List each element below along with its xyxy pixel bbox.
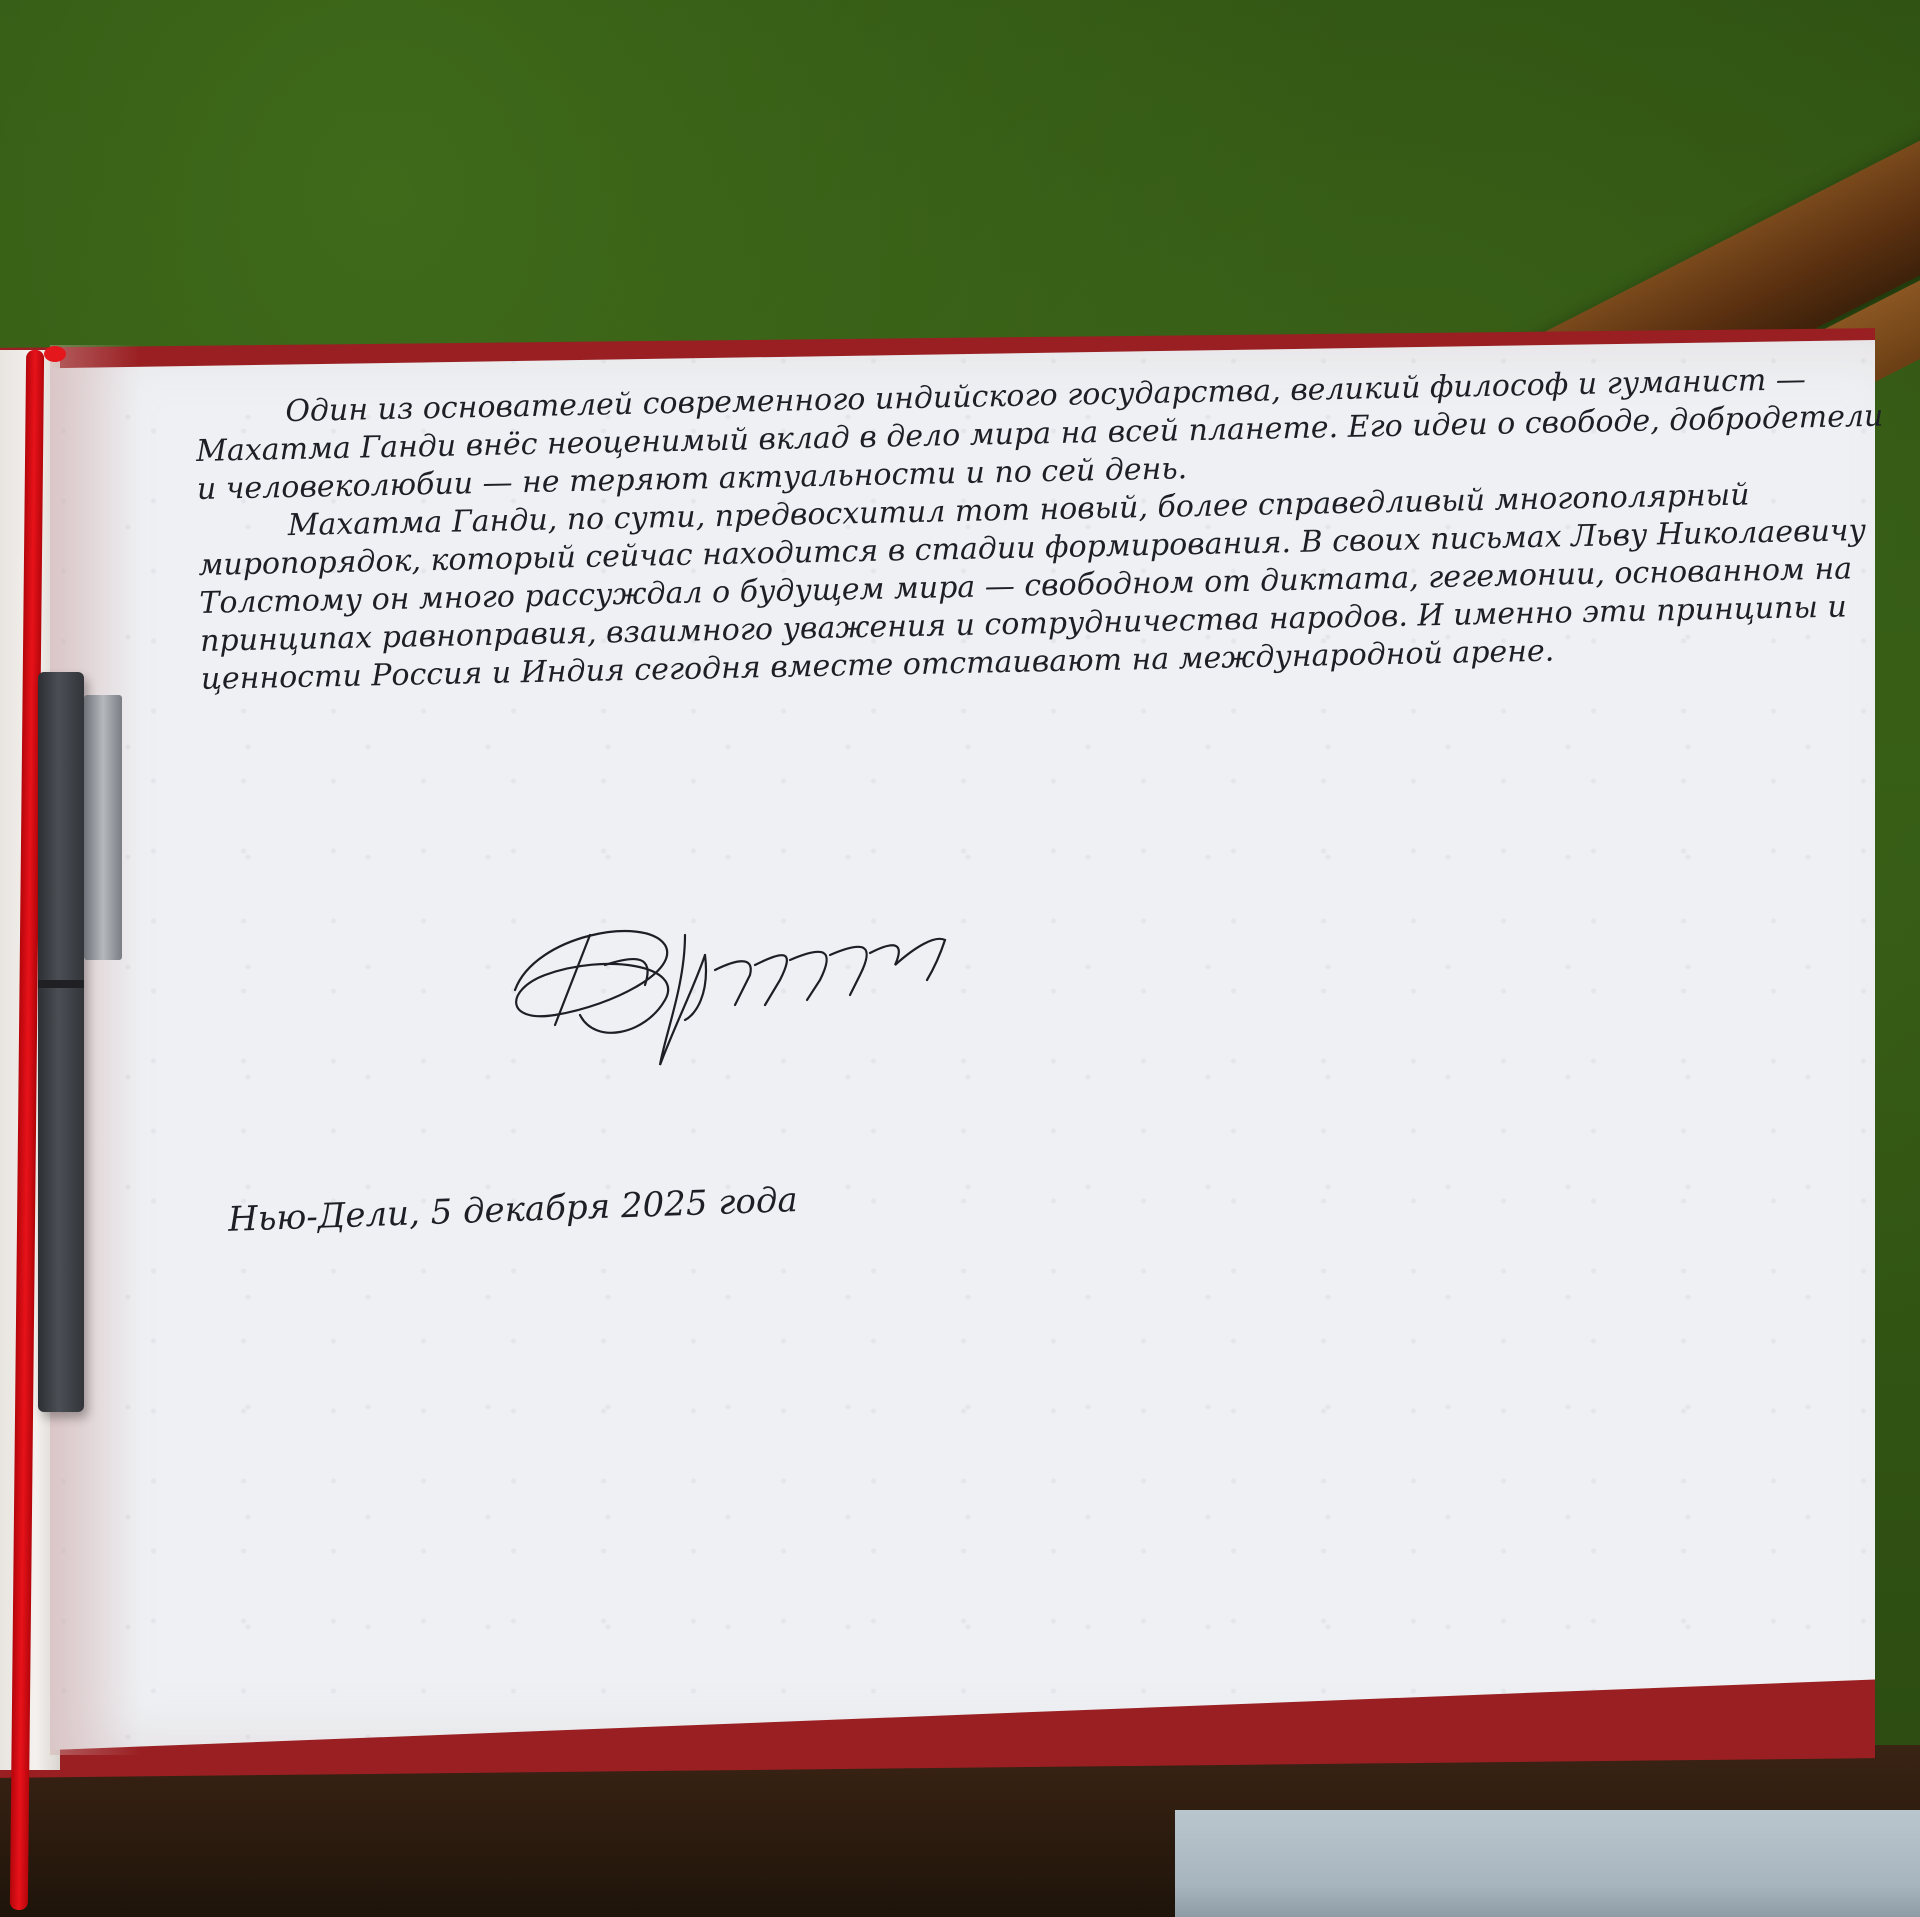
pen	[38, 672, 84, 1412]
signature-scribble	[495, 895, 1095, 1075]
entry-paragraph-2: Махатма Ганди, по сути, предвосхитил тот…	[197, 474, 1891, 699]
pen-cap-band	[38, 980, 84, 988]
glass-surface	[1175, 1810, 1920, 1917]
pen-clip	[84, 695, 122, 960]
handwritten-entry: Один из основателей современного индийск…	[195, 360, 1891, 699]
ribbon-knot	[44, 346, 66, 362]
